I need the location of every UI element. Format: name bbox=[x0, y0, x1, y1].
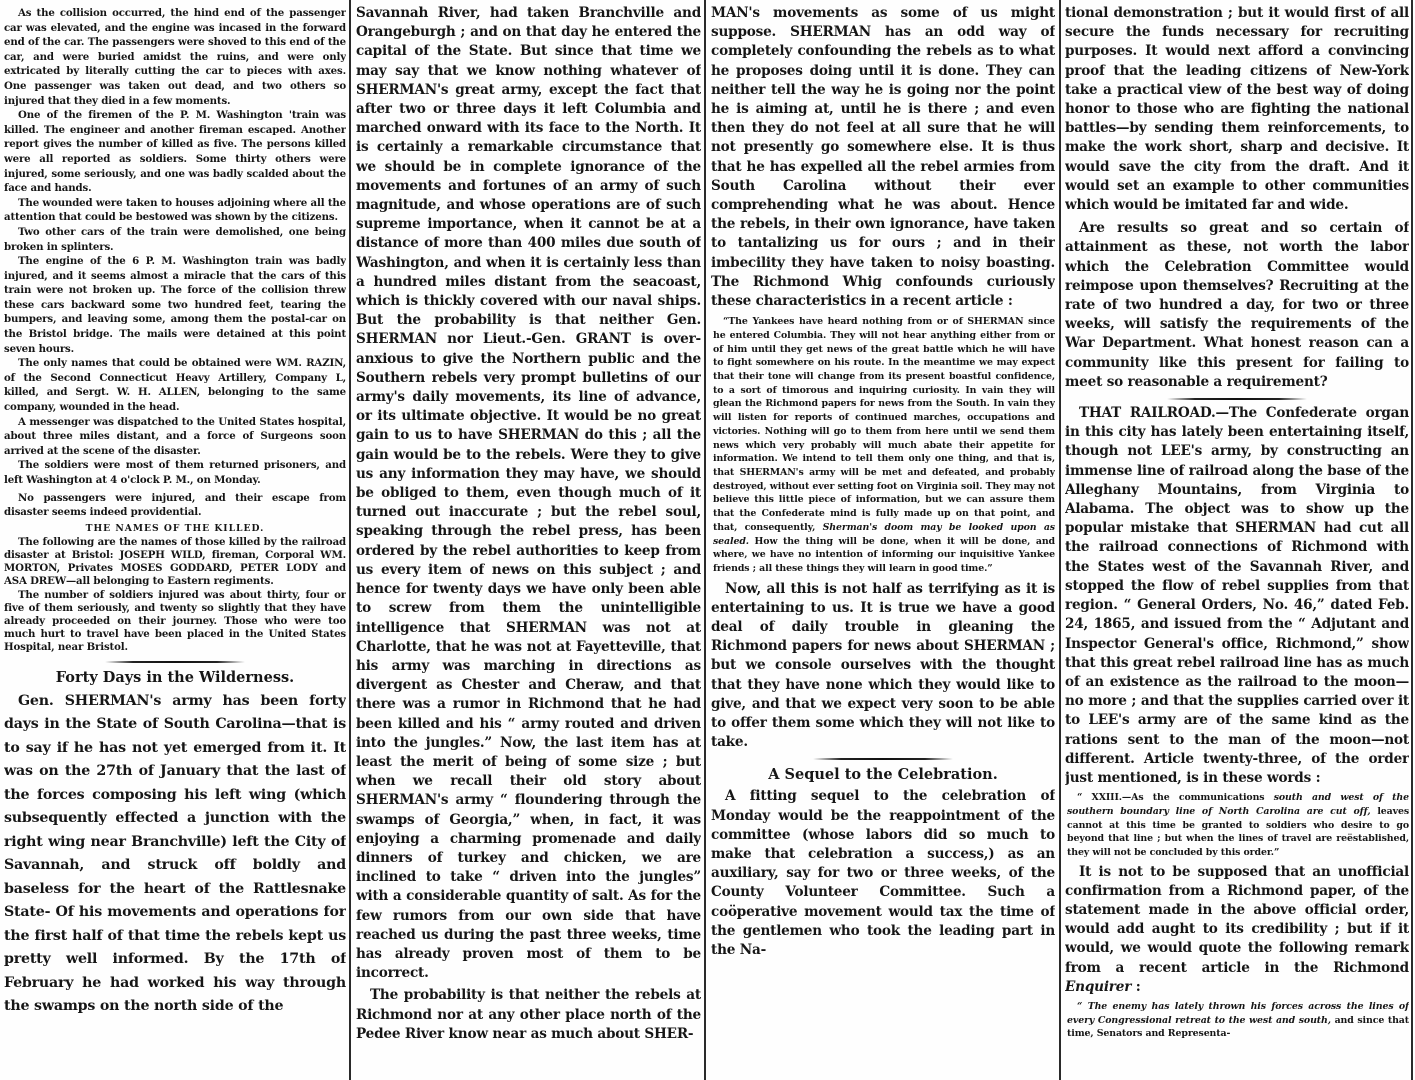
block-quote-enquirer: “ The enemy has lately thrown his forces… bbox=[1065, 1000, 1409, 1041]
paragraph: One of the firemen of the P. M. Washingt… bbox=[4, 108, 346, 196]
paragraph: MAN's movements as some of us might supp… bbox=[711, 4, 1055, 311]
block-quote-richmond-whig: “The Yankees have heard nothing from or … bbox=[711, 315, 1055, 575]
paragraph: The following are the names of those kil… bbox=[4, 536, 346, 589]
paragraph: No passengers were injured, and their es… bbox=[4, 491, 346, 520]
column-1: As the collision occurred, the hind end … bbox=[4, 0, 346, 1080]
quote-text: “ The enemy has lately thrown his forces… bbox=[1067, 1000, 1409, 1041]
paragraph: A fitting sequel to the celebration of M… bbox=[711, 787, 1055, 960]
paragraph-that-railroad: THAT RAILROAD.—The Confederate organ in … bbox=[1065, 404, 1409, 788]
column-4: tional demonstration ; but it would firs… bbox=[1065, 0, 1409, 1080]
paragraph: A messenger was dispatched to the United… bbox=[4, 415, 346, 459]
paragraph: The number of soldiers injured was about… bbox=[4, 589, 346, 655]
paragraph: The engine of the 6 P. M. Washington tra… bbox=[4, 254, 346, 356]
paragraph: Now, all this is not half as terrifying … bbox=[711, 580, 1055, 753]
subheading-names-of-killed: THE NAMES OF THE KILLED. bbox=[4, 523, 346, 534]
paragraph: The wounded were taken to houses adjoini… bbox=[4, 196, 346, 225]
paragraph: As the collision occurred, the hind end … bbox=[4, 6, 346, 108]
paragraph: Gen. SHERMAN's army has been forty days … bbox=[4, 690, 346, 1019]
section-separator bbox=[105, 661, 245, 663]
column-rule-2 bbox=[704, 0, 706, 1080]
column-rule-1 bbox=[349, 0, 351, 1080]
paragraph: Savannah River, had taken Branchville an… bbox=[356, 4, 701, 983]
block-quote-general-orders: “ XXIII.—As the communications south and… bbox=[1065, 791, 1409, 860]
paragraph: Two other cars of the train were demolis… bbox=[4, 225, 346, 254]
section-separator bbox=[813, 758, 953, 760]
paragraph: The soldiers were most of them returned … bbox=[4, 458, 346, 487]
column-rule-4 bbox=[1411, 0, 1413, 1080]
column-rule-3 bbox=[1059, 0, 1061, 1080]
paragraph: The only names that could be obtained we… bbox=[4, 356, 346, 414]
article-heading-forty-days: Forty Days in the Wilderness. bbox=[4, 669, 346, 687]
quote-text: “The Yankees have heard nothing from or … bbox=[713, 315, 1055, 575]
paragraph: Are results so great and so certain of a… bbox=[1065, 219, 1409, 392]
section-separator bbox=[1167, 398, 1307, 400]
paragraph: It is not to be supposed that an unoffic… bbox=[1065, 863, 1409, 997]
paragraph: tional demonstration ; but it would firs… bbox=[1065, 4, 1409, 215]
article-heading-sequel: A Sequel to the Celebration. bbox=[711, 766, 1055, 784]
paragraph: The probability is that neither the rebe… bbox=[356, 986, 701, 1044]
quote-text: “ XXIII.—As the communications south and… bbox=[1067, 791, 1409, 860]
column-3: MAN's movements as some of us might supp… bbox=[711, 0, 1055, 1080]
column-2: Savannah River, had taken Branchville an… bbox=[356, 0, 701, 1080]
